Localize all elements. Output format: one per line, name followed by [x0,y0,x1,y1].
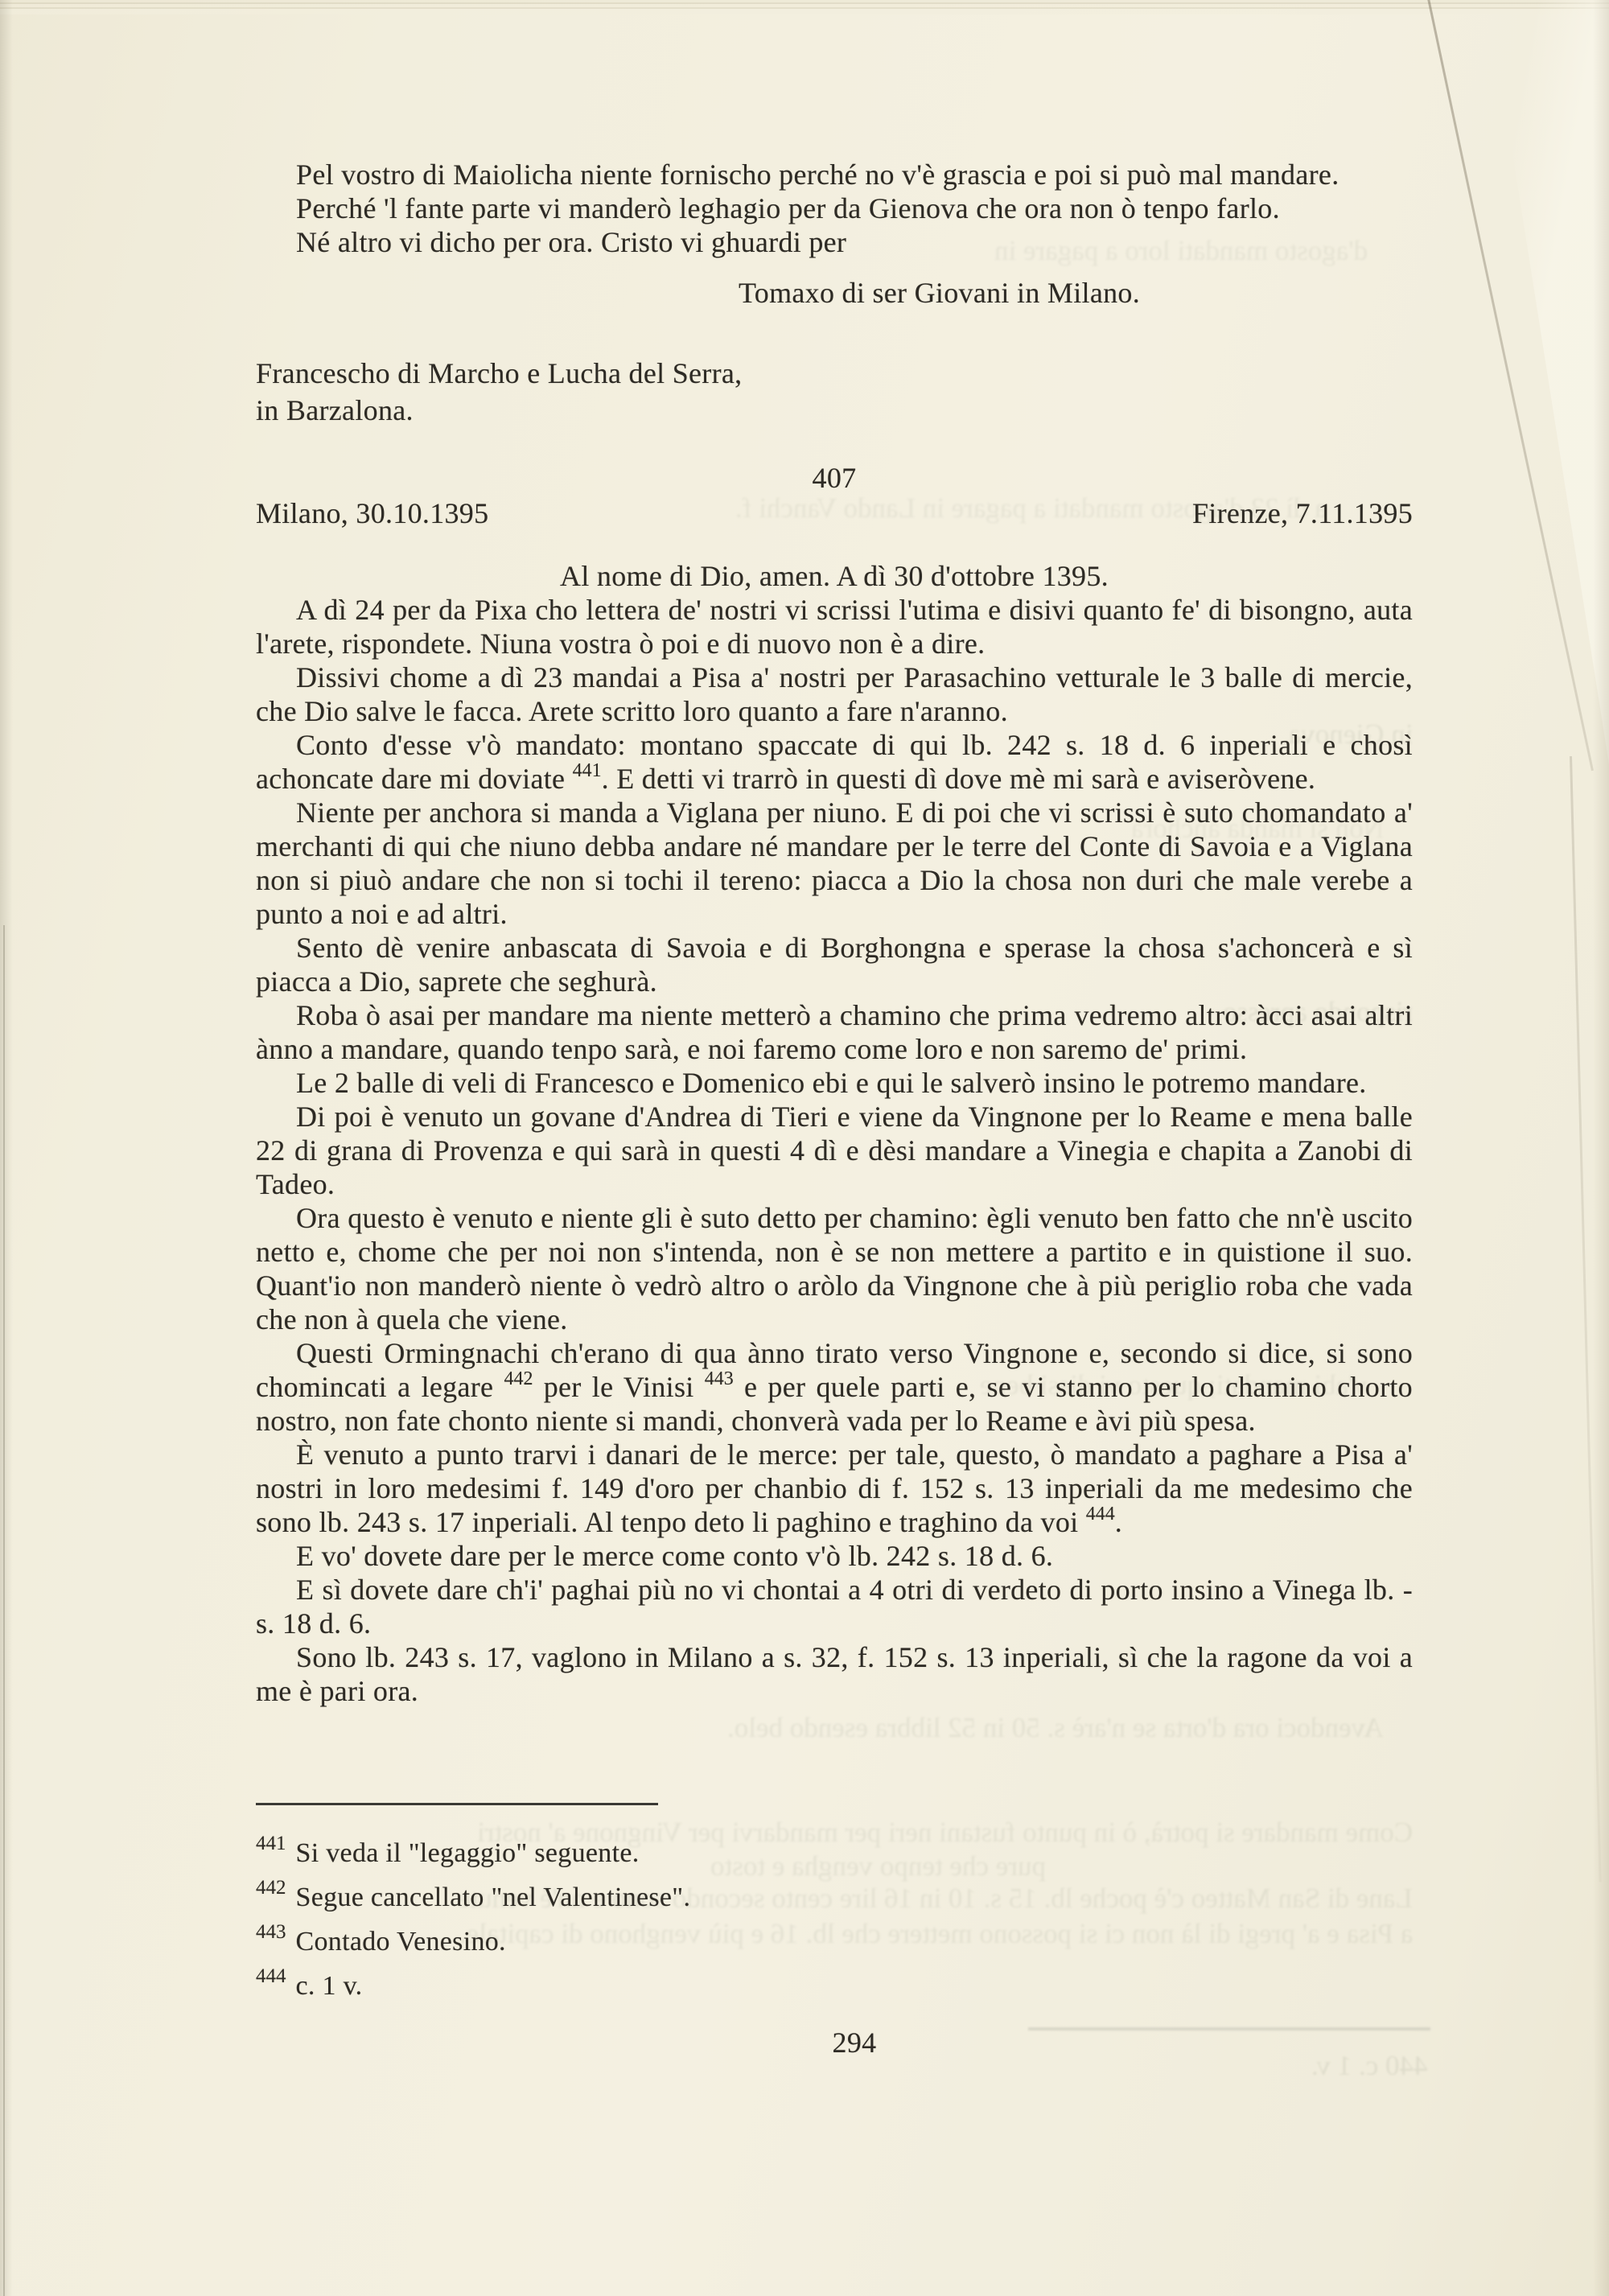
letter-paragraph: Sento dè venire anbascata di Savoia e di… [256,931,1413,998]
paragraph-text: . [1115,1506,1122,1538]
letter-paragraph: Conto d'esse v'ò mandato: montano spacca… [256,728,1413,796]
prev-letter-paragraph: Né altro vi dicho per ora. Cristo vi ghu… [256,225,1413,259]
prev-letter-paragraph: Perché 'l fante parte vi manderò leghagi… [256,191,1413,225]
page-number: 294 [256,2026,1413,2059]
footnote: 441Si veda il "legaggio" seguente. [256,1826,1413,1870]
footnote-number: 442 [256,1877,286,1899]
letter-salutation: Al nome di Dio, amen. A dì 30 d'ottobre … [256,559,1413,593]
footnote-text: Contado Venesino. [296,1927,506,1957]
letter-dates-row: Milano, 30.10.1395 Firenze, 7.11.1395 [256,496,1413,530]
right-page-edge-shadow [1593,0,1609,2296]
footnote-number: 444 [256,1965,286,1987]
recipient-line: in Barzalona. [256,392,1413,429]
letter-paragraph: Questi Ormingnachi ch'erano di qua ànno … [256,1336,1413,1438]
footnote-ref-443: 443 [705,1368,734,1389]
letter-number: 407 [256,461,1413,495]
footnotes-block: 441Si veda il "legaggio" seguente. 442Se… [256,1826,1413,2003]
paragraph-text: È venuto a punto trarvi i danari de le m… [256,1438,1413,1538]
footnote-ref-442: 442 [504,1368,533,1389]
scanned-book-page: d'agosto mandati loro a pagare in a dì 2… [0,0,1609,2296]
text-block: Pel vostro di Maiolicha niente fornischo… [256,0,1413,2059]
letter-paragraph: Niente per anchora si manda a Viglana pe… [256,796,1413,931]
letter-paragraph: A dì 24 per da Pixa cho lettera de' nost… [256,593,1413,660]
recipient-line: Francescho di Marcho e Lucha del Serra, [256,355,1413,392]
footnote: 443Contado Venesino. [256,1915,1413,1959]
footnote-text: Si veda il "legaggio" seguente. [296,1838,640,1868]
letter-paragraph: È venuto a punto trarvi i danari de le m… [256,1438,1413,1539]
footnote-separator [256,1803,658,1805]
paragraph-text: . E detti vi trarrò in questi dì dove mè… [602,763,1316,795]
footnote-text: c. 1 v. [296,1971,363,2001]
footnote-ref-444: 444 [1086,1504,1115,1524]
letter-paragraph: Sono lb. 243 s. 17, vaglono in Milano a … [256,1640,1413,1708]
letter-paragraph: Roba ò asai per mandare ma niente metter… [256,998,1413,1066]
letter-paragraph: Ora questo è venuto e niente gli è suto … [256,1201,1413,1336]
footnote-ref-441: 441 [573,760,602,781]
letter-destination-date: Firenze, 7.11.1395 [1192,496,1413,530]
footnote: 442Segue cancellato "nel Valentinese". [256,1870,1413,1915]
letter-paragraph: Le 2 balle di veli di Francesco e Domeni… [256,1066,1413,1100]
prev-letter-paragraph: Pel vostro di Maiolicha niente fornischo… [256,158,1413,191]
recipient-address: Francescho di Marcho e Lucha del Serra, … [256,355,1413,429]
prev-letter-signature: Tomaxo di ser Giovani in Milano. [739,276,1413,310]
footnote-number: 441 [256,1833,286,1854]
letter-origin-date: Milano, 30.10.1395 [256,496,488,530]
letter-paragraph: E sì dovete dare ch'i' paghai più no vi … [256,1573,1413,1640]
left-page-edge-shadow [0,0,13,2296]
paragraph-text: per le Vinisi [533,1371,705,1403]
footnote-text: Segue cancellato "nel Valentinese". [296,1882,691,1912]
letter-paragraph: E vo' dovete dare per le merce come cont… [256,1539,1413,1573]
footnote: 444c. 1 v. [256,1959,1413,2003]
letter-paragraph: Dissivi chome a dì 23 mandai a Pisa a' n… [256,660,1413,728]
left-page-edge-line [3,925,5,2296]
letter-paragraph: Di poi è venuto un govane d'Andrea di Ti… [256,1100,1413,1201]
footnote-number: 443 [256,1921,286,1943]
